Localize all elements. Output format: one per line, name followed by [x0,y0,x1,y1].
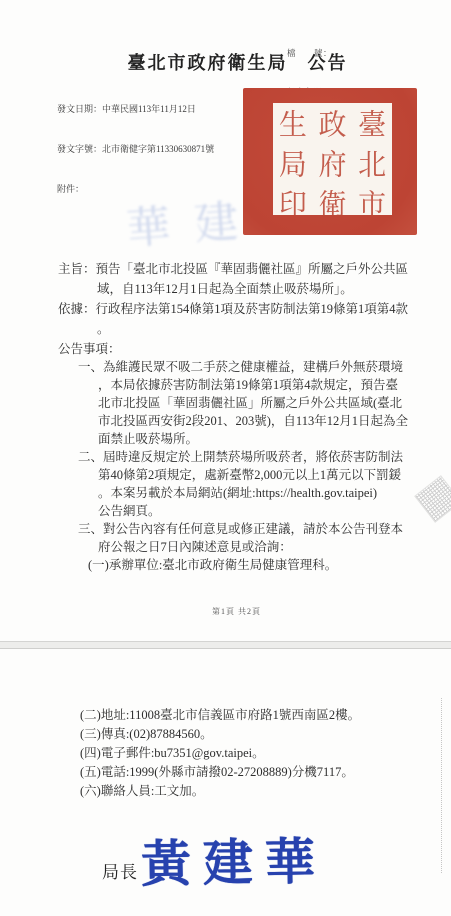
text-line: 市北投區西安街2段201、203號)，自113年12月1日起為全 [58,412,443,430]
text-line: 依據：行政程序法第154條第1項及菸害防制法第19條第1項第4款 [58,299,438,319]
text-line: 公告網頁。 [58,502,443,520]
announcement-items-section: 公告事項：一、為維護民眾不吸二手菸之健康權益，建構戶外無菸環境，本局依據菸害防制… [58,340,443,574]
signature-handwritten: 黃建華 [141,833,328,891]
subject-basis-section: 主旨：預告「臺北市北投區『華固翡儷社區』所屬之戶外公共區域，自113年12月1日… [58,259,438,339]
text-line: (三)傳真:(02)87884560。 [80,725,360,744]
text-line: (五)電話:1999(外縣市請撥02-27208889)分機7117。 [80,763,360,782]
issue-date: 發文日期：中華民國113年11月12日 [57,103,214,116]
text-line: 三、對公告內容有任何意見或修正建議，請於本公告刊登本 [58,520,443,538]
signer-title: 局長 [102,858,138,883]
seal-characters: 生政臺局府北印衛市 [273,103,392,215]
text-line: 。 [58,319,438,339]
text-line: 主旨：預告「臺北市北投區『華固翡儷社區』所屬之戶外公共區 [58,259,438,279]
text-line: (二)地址:11008臺北市信義區市府路1號西南區2樓。 [80,706,360,725]
contact-info-section: (二)地址:11008臺北市信義區市府路1號西南區2樓。(三)傳真:(02)87… [80,706,360,801]
seal-character: 印 [273,182,313,224]
ink-bleed-through-signature: 華建 [124,183,264,256]
seal-character: 局 [273,142,313,184]
text-line: 公告事項： [58,340,443,358]
text-line: 北市北投區「華固翡儷社區」所屬之戶外公共區域(臺北 [58,394,443,412]
seal-character: 政 [313,102,353,144]
text-line: (六)聯絡人員:工文加。 [80,782,360,801]
document-title: 臺北市政府衛生局 公告 [12,49,451,75]
text-line: (四)電子郵件:bu7351@gov.taipei。 [80,744,360,763]
text-line: 。本案另載於本局網站(網址:https://health.gov.taipei) [58,484,443,502]
text-line: 一、為維護民眾不吸二手菸之健康權益，建構戶外無菸環境 [58,358,443,376]
text-line: 府公報之日7日內陳述意見或洽詢： [58,538,443,556]
seal-character: 府 [313,142,353,184]
text-line: 二、屆時違反規定於上開禁菸場所吸菸者，將依菸害防制法 [58,448,443,466]
text-line: 域，自113年12月1日起為全面禁止吸菸場所」。 [58,279,438,299]
seal-character: 臺 [352,102,392,144]
seal-character: 衛 [313,182,353,224]
seal-character: 生 [273,102,313,144]
scanned-announcement-document: 檔 號： 保存年限： 臺北市政府衛生局 公告 發文日期：中華民國113年11月1… [0,0,451,916]
issue-number: 發文字號：北市衛健字第11330630871號 [57,143,214,156]
text-line: 面禁止吸菸場所。 [58,430,443,448]
official-red-seal: 生政臺局府北印衛市 [243,88,417,235]
page-number-footer: 第1頁 共2頁 [212,606,261,617]
text-line: ，本局依據菸害防制法第19條第1項第4款規定，預告臺 [58,376,443,394]
text-line: 第40條第2項規定，處新臺幣2,000元以上1萬元以下罰鍰 [58,466,443,484]
seal-character: 北 [352,142,392,184]
scan-edge-dotted-line [441,698,442,873]
seal-character: 市 [352,182,392,224]
text-line: (一)承辦單位:臺北市政府衛生局健康管理科。 [58,556,443,574]
page-break-separator [0,641,451,649]
